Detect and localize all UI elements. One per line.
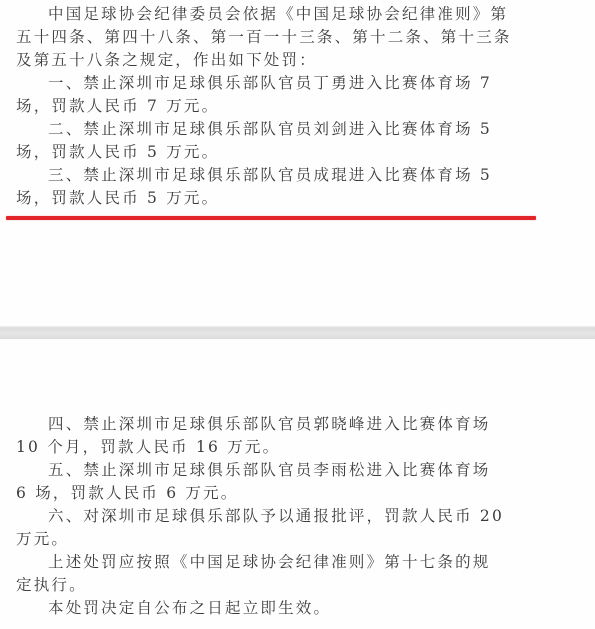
paragraph-intro-line-2: 五十四条、第四十八条、第一百一十三条、第十二条、第十三条 xyxy=(16,26,512,49)
penalty-item-4-line-2: 10 个月，罚款人民币 16 万元。 xyxy=(16,436,280,459)
penalty-item-2-line-2: 场，罚款人民币 5 万元。 xyxy=(16,141,219,164)
penalty-item-4-line-1: 四、禁止深圳市足球俱乐部队官员郭晓峰进入比赛体育场 xyxy=(48,413,491,436)
execution-clause-line-1: 上述处罚应按照《中国足球协会纪律准则》第十七条的规 xyxy=(48,551,491,574)
execution-clause-line-2: 定执行。 xyxy=(16,574,87,597)
penalty-item-3-line-2: 场，罚款人民币 5 万元。 xyxy=(16,187,219,210)
penalty-item-3-line-1: 三、禁止深圳市足球俱乐部队官员成琨进入比赛体育场 5 xyxy=(48,164,492,187)
penalty-item-5-line-2: 6 场，罚款人民币 6 万元。 xyxy=(16,482,239,505)
penalty-item-1-line-1: 一、禁止深圳市足球俱乐部队官员丁勇进入比赛体育场 7 xyxy=(48,72,492,95)
document-page-bottom: 四、禁止深圳市足球俱乐部队官员郭晓峰进入比赛体育场 10 个月，罚款人民币 16… xyxy=(0,339,595,629)
effective-clause-line: 本处罚决定自公布之日起立即生效。 xyxy=(48,597,331,620)
penalty-item-6-line-2: 万元。 xyxy=(16,528,69,551)
document-page-top: 中国足球协会纪律委员会依据《中国足球协会纪律准则》第 五十四条、第四十八条、第一… xyxy=(0,0,595,326)
penalty-item-5-line-1: 五、禁止深圳市足球俱乐部队官员李雨松进入比赛体育场 xyxy=(48,459,491,482)
page-separator xyxy=(0,326,595,340)
paragraph-intro-line-1: 中国足球协会纪律委员会依据《中国足球协会纪律准则》第 xyxy=(48,3,508,26)
penalty-item-6-line-1: 六、对深圳市足球俱乐部队予以通报批评，罚款人民币 20 xyxy=(48,505,504,528)
red-highlight-underline xyxy=(6,216,536,220)
penalty-item-2-line-1: 二、禁止深圳市足球俱乐部队官员刘剑进入比赛体育场 5 xyxy=(48,118,492,141)
paragraph-intro-line-3: 及第五十八条之规定，作出如下处罚： xyxy=(16,49,317,72)
penalty-item-1-line-2: 场，罚款人民币 7 万元。 xyxy=(16,95,219,118)
